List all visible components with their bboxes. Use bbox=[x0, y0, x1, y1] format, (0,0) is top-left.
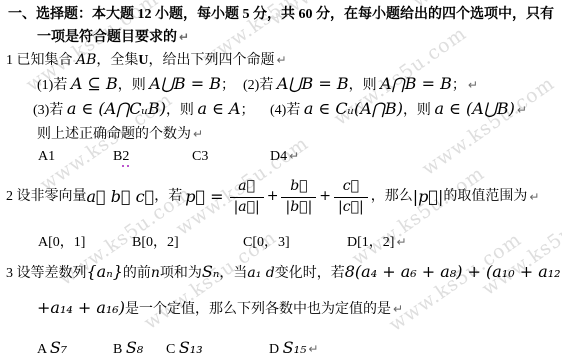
q1-prop4-mid: ，则 bbox=[403, 103, 435, 118]
q3-option-b: B S₈ bbox=[113, 338, 143, 358]
plus-sign: + bbox=[319, 188, 331, 206]
paragraph-return-mark: ↵ bbox=[308, 342, 318, 356]
q2-p-equals: p⃗ = bbox=[185, 187, 223, 207]
q1-conclusion: 则上述正确命题的个数为↵ bbox=[37, 126, 203, 144]
q2-vectors: a⃗ b⃗ c⃗ bbox=[87, 187, 155, 207]
q3-option-d: D S₁₅↵ bbox=[269, 338, 318, 358]
q2-stem: 2 设非零向量a⃗ b⃗ c⃗，若p⃗ =a⃗|a⃗|+b⃗|b⃗|+c⃗|c⃗… bbox=[6, 168, 539, 226]
q1-stem: 1 已知集合 AB，全集U，给出下列四个命题↵ bbox=[6, 52, 287, 70]
q1-prop2-pre: (2)若 bbox=[243, 78, 277, 93]
fraction-a-over-abs-a: a⃗|a⃗| bbox=[230, 178, 264, 216]
q3-option-d-value: S₁₅ bbox=[283, 338, 307, 357]
q3-option-a-label: A bbox=[37, 342, 46, 357]
q1-option-a-label: A bbox=[38, 149, 48, 164]
q1-prop4-cond: a ∈ Cᵤ(A⋂B) bbox=[304, 99, 403, 118]
q1-option-d: D4↵ bbox=[270, 149, 299, 165]
q2-option-a: A[0，1] bbox=[38, 231, 85, 251]
q1-option-c-value: 3 bbox=[201, 149, 208, 164]
paragraph-return-mark: ↵ bbox=[277, 53, 287, 67]
q3-option-a: A S₇ bbox=[37, 338, 67, 358]
paragraph-return-mark: ↵ bbox=[289, 149, 299, 163]
q2-option-c-label: C bbox=[243, 235, 252, 250]
q3-option-c: C S₁₃ bbox=[166, 338, 203, 358]
q1-prop1-mid: ，则 bbox=[118, 78, 150, 93]
paragraph-return-mark: ↵ bbox=[517, 103, 527, 117]
paragraph-return-mark: ↵ bbox=[193, 127, 203, 141]
q1-proposition-4: (4)若 a ∈ Cᵤ(A⋂B)，则 a ∈ (A⋃B)↵ bbox=[270, 99, 527, 120]
q1-option-a-value: 1 bbox=[48, 149, 55, 164]
q1-prop4-result: a ∈ (A⋃B) bbox=[434, 99, 514, 118]
q2-option-b: B[0，2] bbox=[132, 231, 179, 251]
q1-option-d-label: D bbox=[270, 149, 280, 164]
q2-option-b-label: B bbox=[132, 235, 141, 250]
q1-prop2-tail: ； bbox=[452, 78, 466, 93]
q1-option-c: C3 bbox=[192, 149, 208, 165]
fraction-b-over-abs-b: b⃗|b⃗| bbox=[281, 178, 316, 216]
q3-option-d-label: D bbox=[269, 342, 279, 357]
q1-stem-post: ，给出下列四个命题 bbox=[149, 53, 275, 68]
q1-prop4-pre: (4)若 bbox=[270, 103, 304, 118]
q1-stem-pre: 1 已知集合 bbox=[6, 53, 76, 68]
q3-mid2: 项和为 bbox=[160, 266, 202, 281]
q1-prop3-tail: ； bbox=[241, 103, 255, 118]
q2-option-d-value: [1，2] bbox=[357, 235, 394, 250]
q3-option-a-value: S₇ bbox=[50, 338, 67, 357]
q2-option-a-value: [0，1] bbox=[48, 235, 85, 250]
section-header-line1: 一、选择题：本大题 12 小题，每小题 5 分，共 60 分，在每小题给出的四个… bbox=[8, 6, 554, 24]
q1-option-d-value: 4 bbox=[280, 149, 287, 164]
q1-proposition-3: (3)若 a ∈ (A⋂CᵤB)，则 a ∈ A； bbox=[33, 99, 255, 120]
q2-options-row: A[0，1] B[0，2] C[0，3] D[1，2]↵ bbox=[0, 231, 562, 251]
q2-p-abs: |p⃗| bbox=[413, 187, 444, 207]
q1-prop3-mid: ，则 bbox=[166, 103, 198, 118]
q3-option-c-value: S₁₃ bbox=[179, 338, 203, 357]
exam-document-page: www.ks5u.com www.ks5u.com www.ks5u.com w… bbox=[0, 0, 562, 364]
paragraph-return-mark: ↵ bbox=[468, 78, 478, 92]
q2-option-c-value: [0，3] bbox=[252, 235, 289, 250]
fraction-numerator: c⃗ bbox=[334, 178, 368, 198]
q1-option-b-value: 2 bbox=[122, 149, 129, 167]
q2-mid1: ，若 bbox=[154, 188, 182, 206]
q3-option-c-label: C bbox=[166, 342, 175, 357]
q3-stem-line1: 3 设等差数列{aₙ}的前n项和为Sₙ，当a₁ d变化时，若8(a₄ + a₆ … bbox=[6, 262, 561, 283]
fraction-c-over-abs-c: c⃗|c⃗| bbox=[334, 178, 368, 216]
section-header-text: 一、选择题：本大题 12 小题，每小题 5 分，共 60 分，在每小题给出的四个… bbox=[8, 7, 554, 22]
q3-mid1: 的前 bbox=[123, 266, 151, 281]
paragraph-return-mark: ↵ bbox=[529, 190, 539, 205]
q3-post: 是一个定值，那么下列各数中也为定值的是 bbox=[125, 302, 391, 317]
q1-prop1-cond: A ⊆ B bbox=[71, 74, 118, 93]
q1-prop3-pre: (3)若 bbox=[33, 103, 67, 118]
q1-prop1-pre: (1)若 bbox=[37, 78, 71, 93]
q2-option-c: C[0，3] bbox=[243, 231, 290, 251]
paragraph-return-mark: ↵ bbox=[396, 235, 406, 249]
q3-expression-part2: +a₁₄ + a₁₆) bbox=[37, 298, 125, 317]
fraction-numerator: b⃗ bbox=[281, 178, 316, 198]
q1-proposition-2: (2)若 A⋃B = B，则 A⋂B = B；↵ bbox=[243, 74, 478, 95]
q3-sequence: {aₙ} bbox=[87, 262, 123, 281]
q1-prop3-result: a ∈ A bbox=[197, 99, 240, 118]
q3-options-row: A S₇ B S₈ C S₁₃ D S₁₅↵ bbox=[0, 338, 562, 358]
q3-stem-line2: +a₁₄ + a₁₆)是一个定值，那么下列各数中也为定值的是↵ bbox=[37, 298, 403, 319]
q1-stem-sets: AB bbox=[76, 52, 96, 68]
q1-prop2-cond: A⋃B = B bbox=[277, 74, 349, 93]
plus-sign: + bbox=[267, 188, 279, 206]
q1-prop3-cond: a ∈ (A⋂CᵤB) bbox=[67, 99, 166, 118]
q2-option-d: D[1，2]↵ bbox=[347, 231, 407, 251]
paragraph-return-mark: ↵ bbox=[393, 302, 403, 316]
q1-proposition-1: (1)若 A ⊆ B，则 A⋃B = B； bbox=[37, 74, 235, 95]
q3-mid3: ，当 bbox=[219, 266, 247, 281]
q3-option-b-label: B bbox=[113, 342, 122, 357]
q1-conclusion-text: 则上述正确命题的个数为 bbox=[37, 127, 191, 142]
q1-option-b: B2 bbox=[113, 149, 129, 165]
q1-prop2-mid: ，则 bbox=[349, 78, 381, 93]
q2-mid2: ，那么 bbox=[371, 188, 413, 206]
q1-stem-universe: U bbox=[138, 53, 148, 68]
q3-sn: Sₙ bbox=[202, 262, 219, 281]
q1-options-row: A1 B2 C3 D4↵ bbox=[0, 149, 562, 169]
q3-expression-part1: 8(a₄ + a₆ + a₈) + (a₁₀ + a₁₂ bbox=[345, 262, 561, 281]
q3-option-b-value: S₈ bbox=[126, 338, 143, 357]
q1-prop1-tail: ； bbox=[221, 78, 235, 93]
q1-option-c-label: C bbox=[192, 149, 201, 164]
q1-prop1-result: A⋃B = B bbox=[149, 74, 221, 93]
paragraph-return-mark: ↵ bbox=[179, 30, 189, 44]
section-header-line2: 一项是符合题目要求的↵ bbox=[37, 29, 189, 47]
q3-n: n bbox=[151, 265, 160, 281]
section-header-text: 一项是符合题目要求的 bbox=[37, 30, 177, 45]
q2-pre: 2 设非零向量 bbox=[6, 188, 87, 206]
q3-pre: 3 设等差数列 bbox=[6, 266, 87, 281]
q1-stem-mid: ，全集 bbox=[96, 53, 138, 68]
fraction-denominator: |b⃗| bbox=[281, 198, 316, 217]
q2-option-b-value: [0，2] bbox=[141, 235, 178, 250]
q2-post: 的取值范围为 bbox=[443, 188, 527, 206]
q3-a1-d: a₁ d bbox=[247, 265, 274, 281]
fraction-numerator: a⃗ bbox=[230, 178, 264, 198]
q3-mid4: 变化时，若 bbox=[275, 266, 345, 281]
q1-option-a: A1 bbox=[38, 149, 55, 165]
q2-option-d-label: D bbox=[347, 235, 357, 250]
q1-prop2-result: A⋂B = B bbox=[380, 74, 452, 93]
q1-option-b-label: B bbox=[113, 149, 122, 164]
q2-option-a-label: A bbox=[38, 235, 48, 250]
fraction-denominator: |c⃗| bbox=[334, 198, 368, 217]
fraction-denominator: |a⃗| bbox=[230, 198, 264, 217]
